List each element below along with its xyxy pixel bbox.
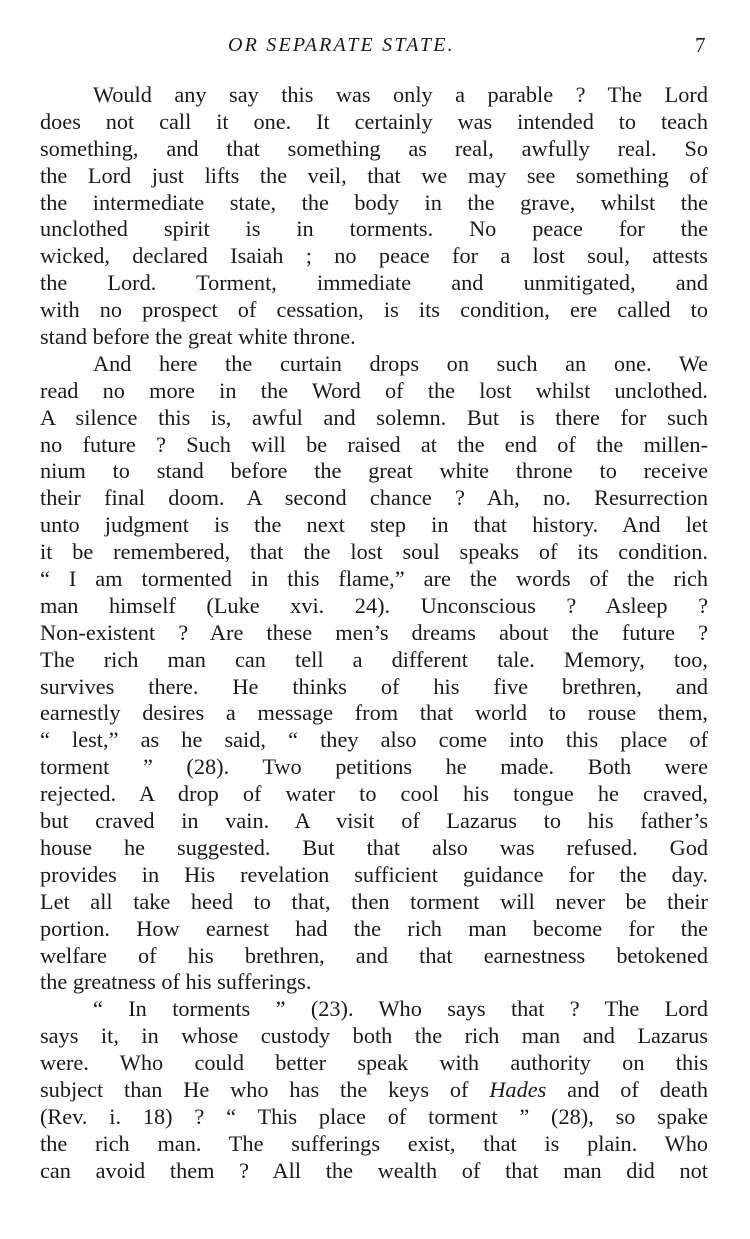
running-title: OR SEPARATE STATE. [228, 30, 455, 60]
text-line: “ In torments ” (23). Who says that ? Th… [40, 996, 708, 1023]
text-line: Non-existent ? Are these men’s dreams ab… [40, 620, 708, 647]
text-line: the Lord. Torment, immediate and unmitig… [40, 270, 708, 297]
text-segment: and of death [546, 1077, 708, 1102]
text-line: Would any say this was only a parable ? … [40, 82, 708, 109]
text-line: no future ? Such will be raised at the e… [40, 432, 708, 459]
text-line: wicked, declared Isaiah ; no peace for a… [40, 243, 708, 270]
text-line: earnestly desires a message from that wo… [40, 700, 708, 727]
text-line: read no more in the Word of the lost whi… [40, 378, 708, 405]
text-segment: subject than He who has the keys of [40, 1077, 489, 1102]
text-line: house he suggested. But that also was re… [40, 835, 708, 862]
italic-term-hades: Hades [489, 1077, 546, 1102]
text-line: survives there. He thinks of his five br… [40, 674, 708, 701]
text-line: (Rev. i. 18) ? “ This place of torment ”… [40, 1104, 708, 1131]
text-line-with-italic: subject than He who has the keys of Hade… [40, 1077, 708, 1104]
book-page: OR SEPARATE STATE. 7 Would any say this … [0, 0, 750, 1239]
text-line: unto judgment is the next step in that h… [40, 512, 708, 539]
text-line: nium to stand before the great white thr… [40, 458, 708, 485]
text-line: with no prospect of cessation, is its co… [40, 297, 708, 324]
text-line: A silence this is, awful and solemn. But… [40, 405, 708, 432]
text-line: their final doom. A second chance ? Ah, … [40, 485, 708, 512]
text-line: rejected. A drop of water to cool his to… [40, 781, 708, 808]
text-line: but craved in vain. A visit of Lazarus t… [40, 808, 708, 835]
text-line: stand before the great white throne. [40, 324, 708, 351]
text-line: unclothed spirit is in torments. No peac… [40, 216, 708, 243]
text-line: the rich man. The sufferings exist, that… [40, 1131, 708, 1158]
text-line: can avoid them ? All the wealth of that … [40, 1158, 708, 1185]
text-line: torment ” (28). Two petitions he made. B… [40, 754, 708, 781]
text-line: the intermediate state, the body in the … [40, 190, 708, 217]
body-text: Would any say this was only a parable ? … [40, 82, 708, 1185]
text-line: the greatness of his sufferings. [40, 969, 708, 996]
text-line: it be remembered, that the lost soul spe… [40, 539, 708, 566]
running-head: OR SEPARATE STATE. 7 [0, 30, 750, 60]
paragraph-3: “ In torments ” (23). Who says that ? Th… [40, 996, 708, 1184]
text-line: The rich man can tell a different tale. … [40, 647, 708, 674]
text-line: were. Who could better speak with author… [40, 1050, 708, 1077]
page-number: 7 [695, 30, 706, 60]
text-line: says it, in whose custody both the rich … [40, 1023, 708, 1050]
text-line: the Lord just lifts the veil, that we ma… [40, 163, 708, 190]
paragraph-2: And here the curtain drops on such an on… [40, 351, 708, 996]
text-line: man himself (Luke xvi. 24). Unconscious … [40, 593, 708, 620]
text-line: Let all take heed to that, then torment … [40, 889, 708, 916]
paragraph-1: Would any say this was only a parable ? … [40, 82, 708, 351]
text-line: provides in His revelation sufficient gu… [40, 862, 708, 889]
text-line: “ lest,” as he said, “ they also come in… [40, 727, 708, 754]
text-line: something, and that something as real, a… [40, 136, 708, 163]
text-line: does not call it one. It certainly was i… [40, 109, 708, 136]
text-line: And here the curtain drops on such an on… [40, 351, 708, 378]
text-line: welfare of his brethren, and that earnes… [40, 943, 708, 970]
text-line: “ I am tormented in this flame,” are the… [40, 566, 708, 593]
text-line: portion. How earnest had the rich man be… [40, 916, 708, 943]
